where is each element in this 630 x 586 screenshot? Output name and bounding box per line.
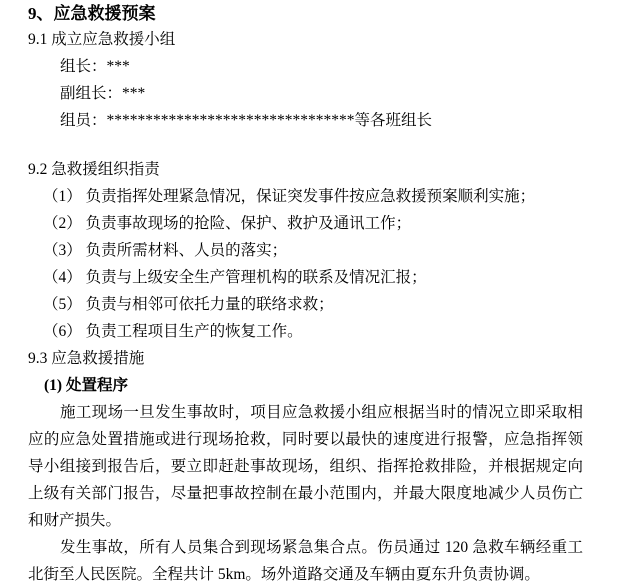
paragraph-2-line-1: 发生事故，所有人员集合到现场紧急集合点。伤员通过 120 急救车辆经重工 — [28, 534, 583, 561]
members-line: 组员：********************************等各班组长 — [28, 107, 583, 134]
duty-item-6: （6） 负责工程项目生产的恢复工作。 — [28, 318, 583, 345]
blank-line — [28, 134, 583, 156]
paragraph-1-line-5: 和财产损失。 — [28, 507, 583, 534]
procedure-heading: (1) 处置程序 — [28, 372, 583, 399]
duty-item-1: （1） 负责指挥处理紧急情况，保证突发事件按应急救援预案顺利实施； — [28, 183, 583, 210]
section-title-9-1: 9.1 成立应急救援小组 — [28, 26, 583, 53]
paragraph-2-line-2: 北街至人民医院。全程共计 5km。场外道路交通及车辆由夏东升负责协调。 — [28, 561, 583, 586]
leader-line: 组长：*** — [28, 53, 583, 80]
paragraph-1-line-3: 导小组接到报告后，要立即赶赴事故现场，组织、指挥抢救排险，并根据规定向 — [28, 453, 583, 480]
section-title-9-3: 9.3 应急救援措施 — [28, 345, 583, 372]
section-title-9-2: 9.2 急救援组织指责 — [28, 156, 583, 183]
duty-item-3: （3） 负责所需材料、人员的落实； — [28, 237, 583, 264]
paragraph-1-line-2: 应的应急处置措施或进行现场抢救，同时要以最快的速度进行报警，应急指挥领 — [28, 426, 583, 453]
document-page: 9、应急救援预案 9.1 成立应急救援小组 组长：*** 副组长：*** 组员：… — [0, 0, 630, 586]
paragraph-1-line-1: 施工现场一旦发生事故时，项目应急救援小组应根据当时的情况立即采取相 — [28, 399, 583, 426]
duty-item-5: （5） 负责与相邻可依托力量的联络求救； — [28, 291, 583, 318]
paragraph-1-line-4: 上级有关部门报告，尽量把事故控制在最小范围内，并最大限度地减少人员伤亡 — [28, 480, 583, 507]
doc-heading: 9、应急救援预案 — [28, 2, 583, 26]
deputy-leader-line: 副组长：*** — [28, 80, 583, 107]
duty-item-2: （2） 负责事故现场的抢险、保护、救护及通讯工作； — [28, 210, 583, 237]
duty-item-4: （4） 负责与上级安全生产管理机构的联系及情况汇报； — [28, 264, 583, 291]
